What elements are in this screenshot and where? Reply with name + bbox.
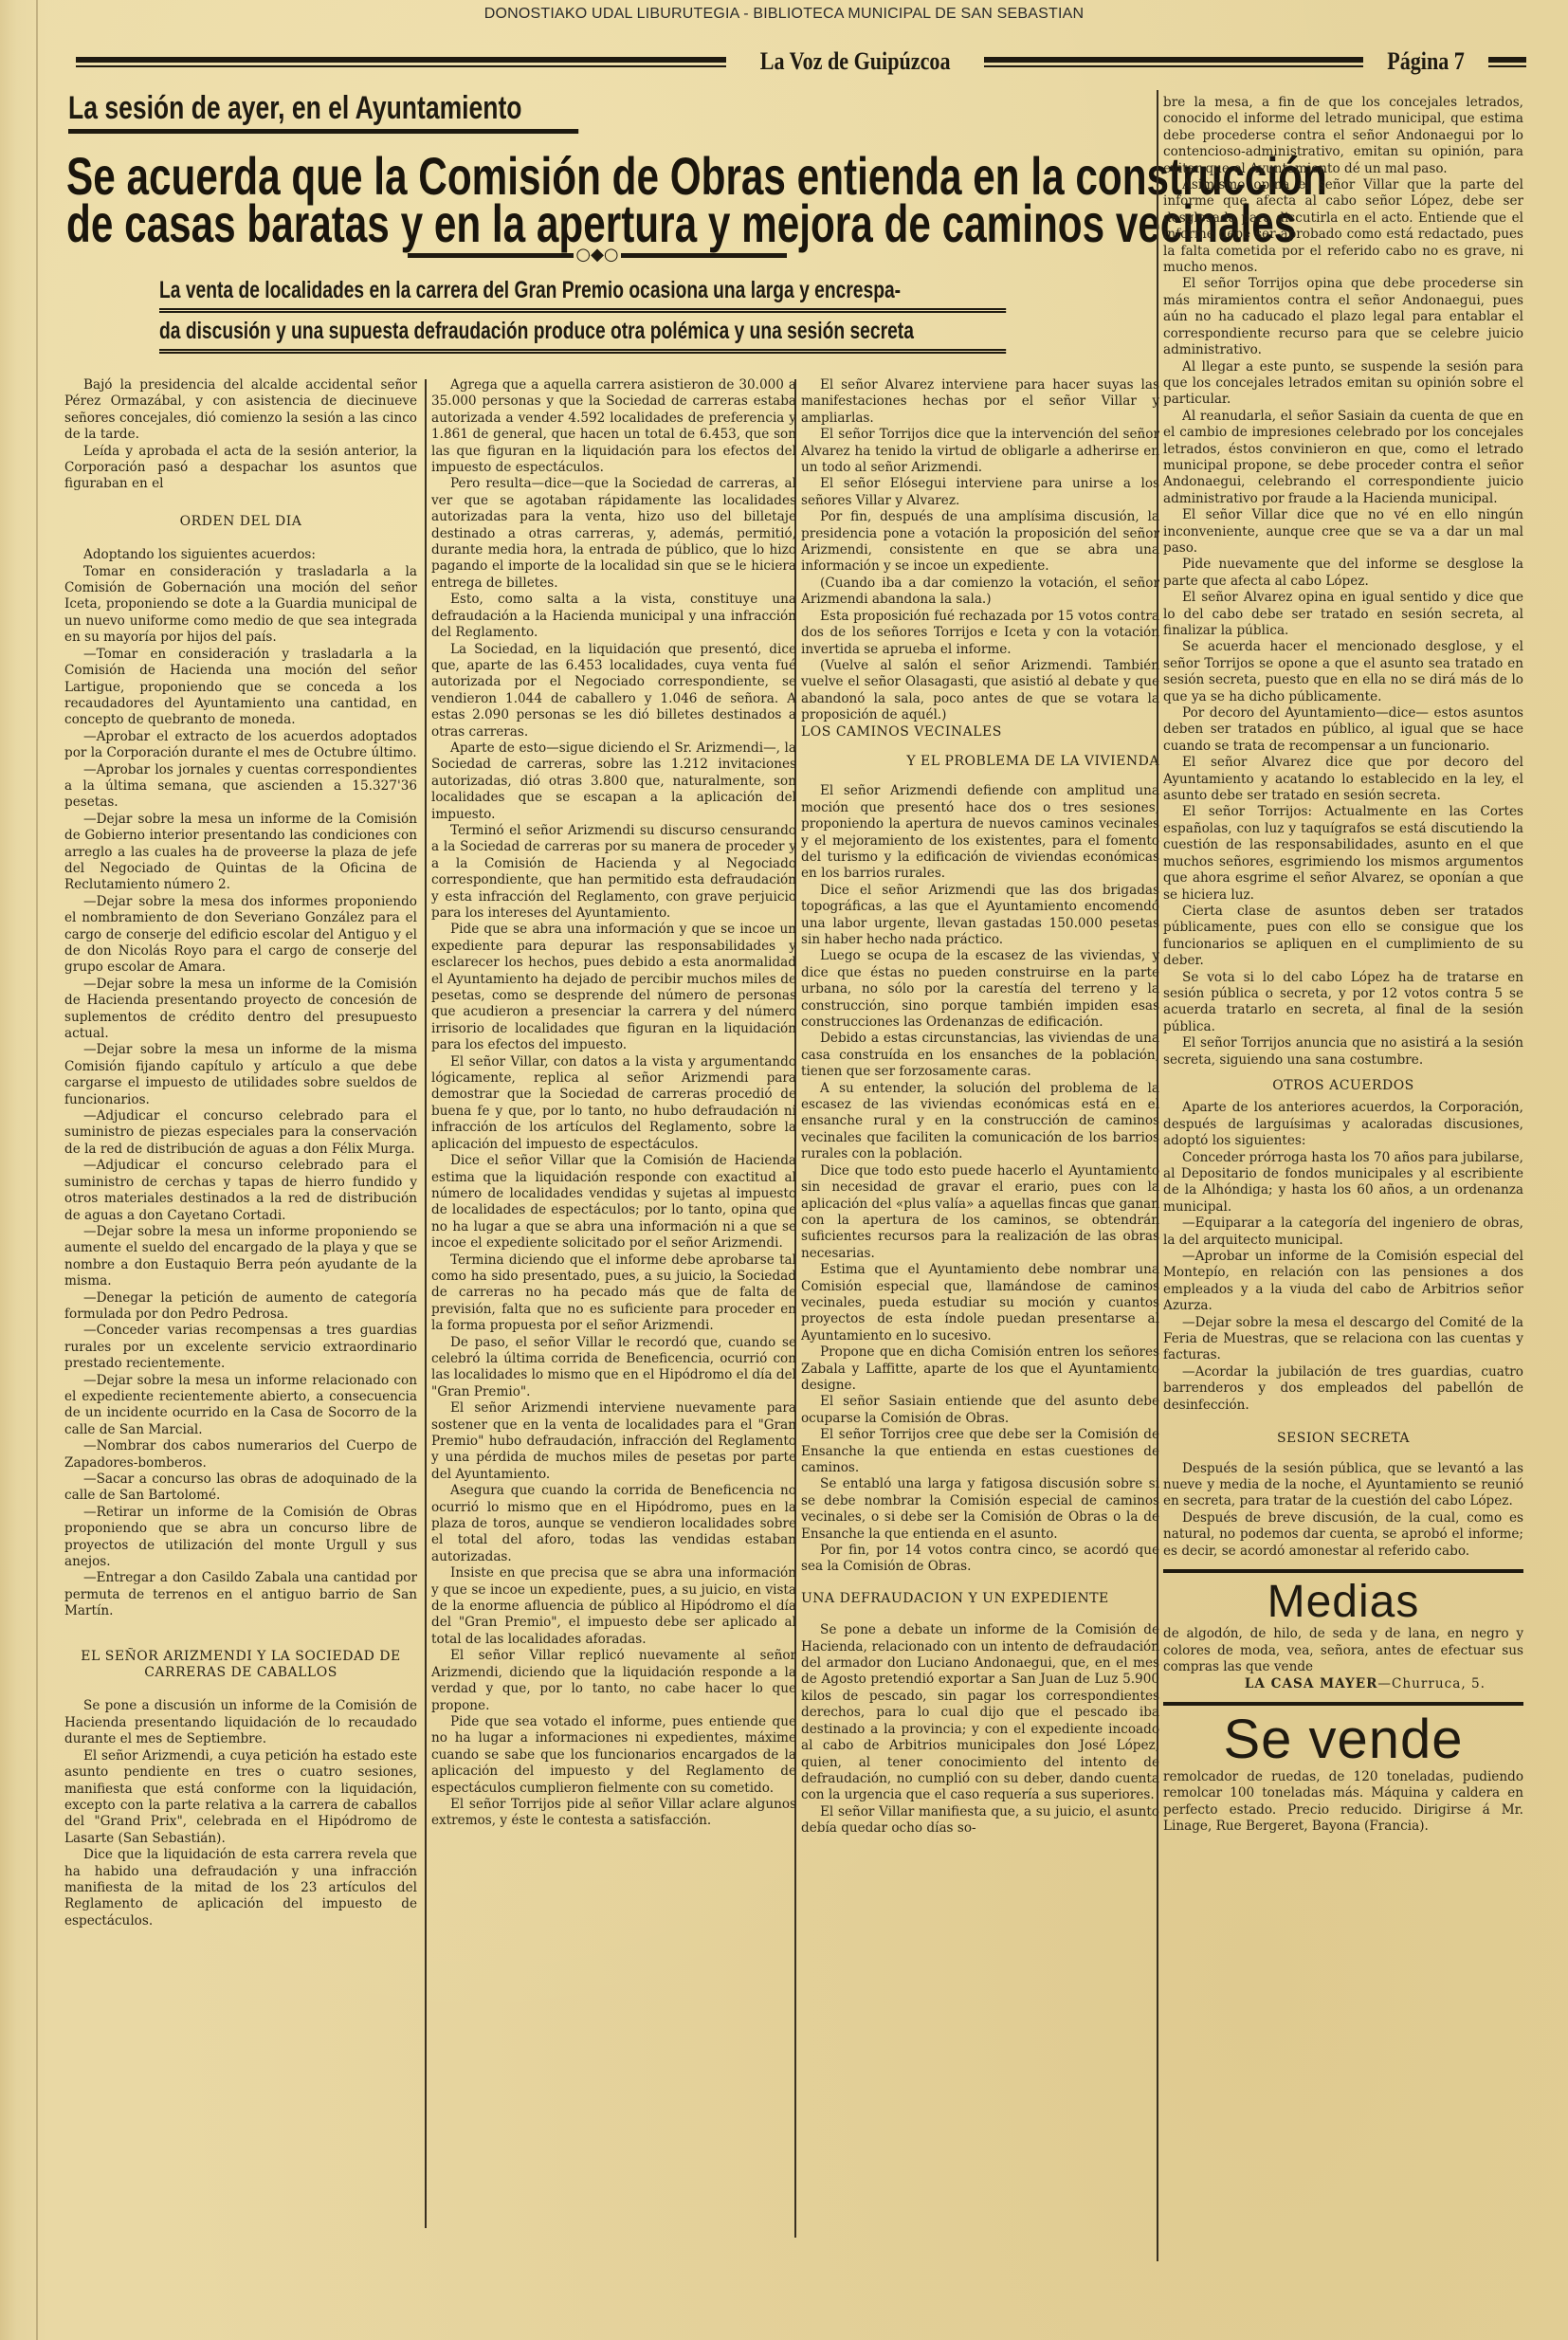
paragraph: Después de la sesión pública, que se lev… bbox=[1163, 1461, 1523, 1510]
paragraph: —Aprobar el extracto de los acuerdos ado… bbox=[64, 729, 417, 762]
paragraph: El señor Villar, con datos a la vista y … bbox=[431, 1054, 796, 1153]
paragraph: —Aprobar los jornales y cuentas correspo… bbox=[64, 762, 417, 812]
section-heading-vivienda: Y EL PROBLEMA DE LA VIVIENDA bbox=[801, 754, 1159, 770]
paragraph: El señor Torrijos dice que la intervenci… bbox=[801, 427, 1159, 476]
ad-signature-medias: LA CASA MAYER—Churruca, 5. bbox=[1163, 1676, 1523, 1692]
paragraph: Dice el señor Arizmendi que las dos brig… bbox=[801, 883, 1159, 949]
paragraph: —Aprobar un informe de la Comisión espec… bbox=[1163, 1249, 1523, 1315]
paragraph: —Tomar en consideración y trasladarla a … bbox=[64, 647, 417, 729]
paragraph: El señor Torrijos pide al señor Villar a… bbox=[431, 1797, 796, 1830]
paragraph: Bajó la presidencia del alcalde accident… bbox=[64, 377, 417, 444]
ad-body-se-vende: remolcador de ruedas, de 120 toneladas, … bbox=[1163, 1769, 1523, 1836]
paragraph: bre la mesa, a fin de que los concejales… bbox=[1163, 95, 1523, 177]
paragraph: —Adjudicar el concurso celebrado para el… bbox=[64, 1108, 417, 1158]
paragraph: El señor Villar replicó nuevamente al se… bbox=[431, 1648, 796, 1714]
paragraph: El señor Alvarez interviene para hacer s… bbox=[801, 377, 1159, 427]
paragraph: Dice que la liquidación de esta carrera … bbox=[64, 1847, 417, 1929]
paragraph: Por fin, después de una amplísima discus… bbox=[801, 509, 1159, 576]
paragraph: El señor Torrijos anuncia que no asistir… bbox=[1163, 1035, 1523, 1069]
paragraph: (Cuando iba a dar comienzo la votación, … bbox=[801, 576, 1159, 609]
paragraph: —Entregar a don Casildo Zabala una canti… bbox=[64, 1570, 417, 1619]
paragraph: —Denegar la petición de aumento de categ… bbox=[64, 1290, 417, 1324]
section-heading-defraudacion: UNA DEFRAUDACION Y UN EXPEDIENTE bbox=[801, 1591, 1159, 1607]
paragraph: El señor Sasiain entiende que del asunto… bbox=[801, 1394, 1159, 1427]
intro-paragraphs: Bajó la presidencia del alcalde accident… bbox=[64, 377, 417, 493]
paragraph: Se pone a debate un informe de la Comisi… bbox=[801, 1622, 1159, 1803]
paragraph: —Dejar sobre la mesa un informe proponie… bbox=[64, 1224, 417, 1290]
paragraph: Propone que en dicha Comisión entren los… bbox=[801, 1344, 1159, 1394]
paragraph: El señor Torrijos cree que debe ser la C… bbox=[801, 1427, 1159, 1476]
ad-merchant-address: —Churruca, 5. bbox=[1377, 1676, 1486, 1691]
paragraph: Se vota si lo del cabo López ha de trata… bbox=[1163, 970, 1523, 1036]
newspaper-title: La Voz de Guipúzcoa bbox=[759, 47, 950, 76]
paragraph: El señor Arizmendi interviene nuevamente… bbox=[431, 1400, 796, 1483]
debate-paragraphs: Agrega que a aquella carrera asistieron … bbox=[431, 377, 796, 1830]
subheadline-line-1: La venta de localidades en la carrera de… bbox=[159, 277, 1006, 313]
paragraph: Esto, como salta a la vista, constituye … bbox=[431, 592, 796, 641]
paragraph: Leída y aprobada el acta de la sesión an… bbox=[64, 444, 417, 493]
paragraph: Conceder prórroga hasta los 70 años para… bbox=[1163, 1150, 1523, 1216]
paragraph: Pero resulta—dice—que la Sociedad de car… bbox=[431, 476, 796, 592]
paragraph: El señor Arizmendi defiende con amplitud… bbox=[801, 783, 1159, 882]
paragraph: Adoptando los siguientes acuerdos: bbox=[64, 547, 417, 563]
paragraph: Por decoro del Ayuntamiento—dice— estos … bbox=[1163, 705, 1523, 755]
paragraph: Aparte de los anteriores acuerdos, la Co… bbox=[1163, 1100, 1523, 1149]
column-rule bbox=[425, 379, 427, 2228]
column-4: bre la mesa, a fin de que los concejales… bbox=[1163, 95, 1523, 1835]
paragraph: Se entabló una larga y fatigosa discusió… bbox=[801, 1476, 1159, 1543]
paragraph: Agrega que a aquella carrera asistieron … bbox=[431, 377, 796, 476]
paragraph: El señor Torrijos: Actualmente en las Co… bbox=[1163, 804, 1523, 903]
paragraph: —Dejar sobre la mesa el descargo del Com… bbox=[1163, 1315, 1523, 1364]
masthead-rule-end bbox=[1488, 57, 1526, 67]
paragraph: Aparte de esto—sigue diciendo el Sr. Ari… bbox=[431, 740, 796, 823]
paragraph: El señor Villar manifiesta que, a su jui… bbox=[801, 1804, 1159, 1837]
paragraph: Estima que el Ayuntamiento debe nombrar … bbox=[801, 1262, 1159, 1344]
paragraph: Se pone a discusión un informe de la Com… bbox=[64, 1698, 417, 1747]
paragraph: A su entender, la solución del problema … bbox=[801, 1081, 1159, 1163]
ad-title-medias: Medias bbox=[1163, 1579, 1523, 1626]
paragraph: —Sacar a concurso las obras de adoquinad… bbox=[64, 1472, 417, 1505]
column-1: Bajó la presidencia del alcalde accident… bbox=[64, 377, 417, 1929]
paragraph: —Dejar sobre la mesa un informe relacion… bbox=[64, 1373, 417, 1439]
paragraph: —Retirar un informe de la Comisión de Ob… bbox=[64, 1505, 417, 1571]
paragraph: De paso, el señor Villar le recordó que,… bbox=[431, 1335, 796, 1401]
paragraph: El señor Villar dice que no vé en ello n… bbox=[1163, 507, 1523, 557]
section-heading-otros-acuerdos: OTROS ACUERDOS bbox=[1163, 1078, 1523, 1094]
otros-acuerdos-items: Aparte de los anteriores acuerdos, la Co… bbox=[1163, 1100, 1523, 1414]
library-watermark: DONOSTIAKO UDAL LIBURUTEGIA - BIBLIOTECA… bbox=[0, 6, 1568, 23]
paragraph: Cierta clase de asuntos deben ser tratad… bbox=[1163, 904, 1523, 970]
paragraph: —Nombrar dos cabos numerarios del Cuerpo… bbox=[64, 1438, 417, 1472]
binding-gutter bbox=[36, 0, 38, 2340]
andonaegui-paragraphs: bre la mesa, a fin de que los concejales… bbox=[1163, 95, 1523, 1069]
section-heading-sesion-secreta: SESION SECRETA bbox=[1163, 1431, 1523, 1447]
vote-paragraphs: El señor Alvarez interviene para hacer s… bbox=[801, 377, 1159, 724]
ornament-glyph: ○◆○ bbox=[574, 247, 620, 264]
paragraph: —Dejar sobre la mesa dos informes propon… bbox=[64, 894, 417, 977]
paragraph: —Conceder varias recompensas a tres guar… bbox=[64, 1323, 417, 1372]
paragraph: Terminó el señor Arizmendi su discurso c… bbox=[431, 823, 796, 922]
paragraph: Luego se ocupa de la escasez de las vivi… bbox=[801, 948, 1159, 1031]
paragraph: Asegura que cuando la corrida de Benefic… bbox=[431, 1483, 796, 1565]
article-kicker: La sesión de ayer, en el Ayuntamiento bbox=[68, 90, 578, 134]
paragraph: Dice el señor Villar que la Comisión de … bbox=[431, 1153, 796, 1252]
headline-line-2: de casas baratas y en la apertura y mejo… bbox=[66, 197, 1119, 250]
paragraph: Dice que todo esto puede hacerlo el Ayun… bbox=[801, 1163, 1159, 1262]
paragraph: Esta proposición fué rechazada por 15 vo… bbox=[801, 609, 1159, 658]
paragraph: Termina diciendo que el informe debe apr… bbox=[431, 1252, 796, 1335]
paragraph: Al reanudarla, el señor Sasiain da cuent… bbox=[1163, 409, 1523, 507]
advertisement-se-vende: Se vende remolcador de ruedas, de 120 to… bbox=[1163, 1711, 1523, 1836]
column-2: Agrega que a aquella carrera asistieron … bbox=[431, 377, 796, 1830]
paragraph: —Dejar sobre la mesa un informe de la Co… bbox=[64, 977, 417, 1043]
ad-title-se-vende: Se vende bbox=[1163, 1711, 1523, 1769]
paragraph: Después de breve discusión, de la cual, … bbox=[1163, 1510, 1523, 1560]
subheadline-line-2: da discusión y una supuesta defraudación… bbox=[159, 318, 1006, 354]
ad-divider bbox=[1163, 1569, 1523, 1573]
paragraph: —Acordar la jubilación de tres guardias,… bbox=[1163, 1364, 1523, 1414]
sesion-secreta-paragraphs: Después de la sesión pública, que se lev… bbox=[1163, 1461, 1523, 1560]
column-3: El señor Alvarez interviene para hacer s… bbox=[801, 377, 1159, 1837]
paragraph: —Adjudicar el concurso celebrado para el… bbox=[64, 1158, 417, 1224]
paragraph: Por fin, por 14 votos contra cinco, se a… bbox=[801, 1543, 1159, 1576]
paragraph: Tomar en consideración y trasladarla a l… bbox=[64, 564, 417, 647]
section-heading-caminos: LOS CAMINOS VECINALES bbox=[801, 724, 1159, 740]
masthead-rule-right bbox=[984, 57, 1363, 67]
ad-merchant-name: LA CASA MAYER bbox=[1245, 1676, 1378, 1691]
paragraph: Debido a estas circunstancias, las vivie… bbox=[801, 1031, 1159, 1080]
paragraph: (Vuelve al salón el señor Arizmendi. Tam… bbox=[801, 658, 1159, 724]
arizmendi-paragraphs: Se pone a discusión un informe de la Com… bbox=[64, 1698, 417, 1929]
advertisement-medias: Medias de algodón, de hilo, de seda y de… bbox=[1163, 1579, 1523, 1692]
ad-body-medias: de algodón, de hilo, de seda y de lana, … bbox=[1163, 1626, 1523, 1675]
defraudacion-paragraphs: Se pone a debate un informe de la Comisi… bbox=[801, 1622, 1159, 1837]
paragraph: Se acuerda hacer el mencionado desglose,… bbox=[1163, 639, 1523, 705]
ad-divider bbox=[1163, 1702, 1523, 1706]
paragraph: —Dejar sobre la mesa un informe de la mi… bbox=[64, 1042, 417, 1108]
paragraph: El señor Alvarez opina en igual sentido … bbox=[1163, 590, 1523, 639]
paragraph: El señor Alvarez dice que por decoro del… bbox=[1163, 755, 1523, 804]
ornament-bar bbox=[621, 253, 787, 258]
paragraph: La Sociedad, en la liquidación que prese… bbox=[431, 642, 796, 740]
masthead-rule-left bbox=[76, 57, 726, 67]
section-heading-arizmendi: EL SEÑOR ARIZMENDI Y LA SOCIEDAD DE CARR… bbox=[64, 1649, 417, 1682]
paragraph: Pide que se abra una información y que s… bbox=[431, 922, 796, 1053]
paragraph: Asimismo opina el señor Villar que la pa… bbox=[1163, 177, 1523, 276]
paragraph: —Equiparar a la categoría del ingeniero … bbox=[1163, 1216, 1523, 1249]
ornament-bar bbox=[408, 253, 574, 258]
caminos-paragraphs: El señor Arizmendi defiende con amplitud… bbox=[801, 783, 1159, 1576]
page-number: Página 7 bbox=[1387, 47, 1465, 76]
orden-del-dia-items: Adoptando los siguientes acuerdos:Tomar … bbox=[64, 547, 417, 1619]
paragraph: Al llegar a este punto, se suspende la s… bbox=[1163, 359, 1523, 409]
section-heading-orden-del-dia: ORDEN DEL DIA bbox=[64, 514, 417, 530]
paragraph: El señor Torrijos opina que debe procede… bbox=[1163, 276, 1523, 358]
paragraph: El señor Arizmendi, a cuya petición ha e… bbox=[64, 1748, 417, 1847]
paragraph: Insiste en que precisa que se abra una i… bbox=[431, 1565, 796, 1648]
paragraph: El señor Elósegui interviene para unirse… bbox=[801, 476, 1159, 509]
paragraph: Pide nuevamente que del informe se desgl… bbox=[1163, 557, 1523, 590]
masthead: La Voz de Guipúzcoa Página 7 bbox=[76, 47, 1526, 76]
ornament-divider: ○◆○ bbox=[408, 248, 787, 262]
paragraph: Pide que sea votado el informe, pues ent… bbox=[431, 1714, 796, 1797]
paragraph: —Dejar sobre la mesa un informe de la Co… bbox=[64, 812, 417, 894]
